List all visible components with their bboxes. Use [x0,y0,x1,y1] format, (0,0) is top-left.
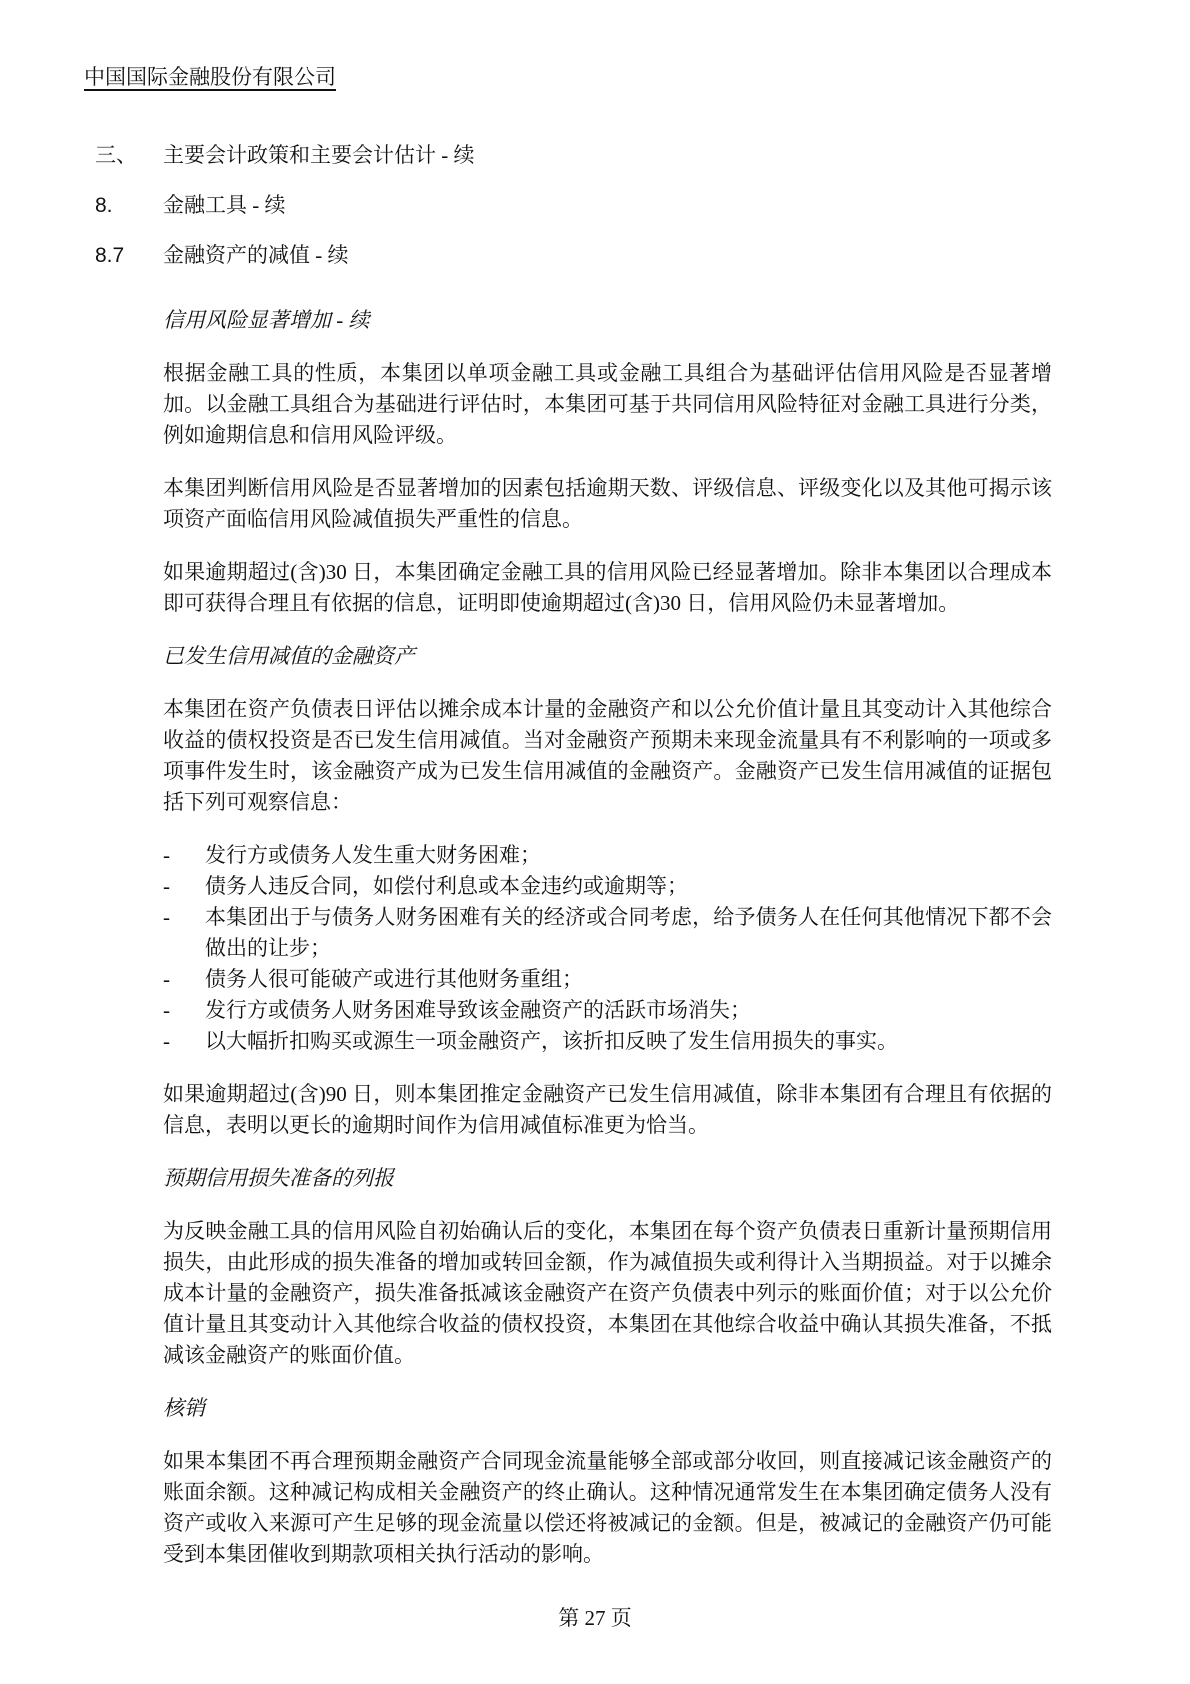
paragraph-overdue-30-days: 如果逾期超过(含)30 日，本集团确定金融工具的信用风险已经显著增加。除非本集团… [163,557,1052,619]
paragraph-ecl-remeasurement: 为反映金融工具的信用风险自初始确认后的变化，本集团在每个资产负债表日重新计量预期… [163,1216,1052,1371]
paragraph-impairment-evidence-intro: 本集团在资产负债表日评估以摊余成本计量的金融资产和以公允价值计量且其变动计入其他… [163,694,1052,818]
section-heading: 三、 主要会计政策和主要会计估计 - 续 [95,140,1085,171]
subitem-number: 8.7 [95,240,163,271]
bullet-dash: - [163,964,205,995]
bullet-item: - 本集团出于与债务人财务困难有关的经济或合同考虑，给予债务人在任何其他情况下都… [163,902,1052,964]
section-title: 主要会计政策和主要会计估计 - 续 [163,140,1085,171]
bullet-text: 以大幅折扣购买或源生一项金融资产，该折扣反映了发生信用损失的事实。 [205,1026,1052,1057]
bullet-item: - 债务人违反合同，如偿付利息或本金违约或逾期等； [163,871,1052,902]
subheading-credit-impaired-assets: 已发生信用减值的金融资产 [163,641,1052,672]
heading-block: 三、 主要会计政策和主要会计估计 - 续 8. 金融工具 - 续 8.7 金融资… [95,140,1085,271]
bullet-item: - 债务人很可能破产或进行其他财务重组； [163,964,1052,995]
bullet-text: 债务人很可能破产或进行其他财务重组； [205,964,1052,995]
item-number: 8. [95,190,163,221]
paragraph-write-off: 如果本集团不再合理预期金融资产合同现金流量能够全部或部分收回，则直接减记该金融资… [163,1446,1052,1570]
bullet-text: 发行方或债务人发生重大财务困难； [205,840,1052,871]
bullet-item: - 发行方或债务人发生重大财务困难； [163,840,1052,871]
item-title: 金融工具 - 续 [163,190,1085,221]
subheading-ecl-presentation: 预期信用损失准备的列报 [163,1163,1052,1194]
bullet-dash: - [163,871,205,902]
bullet-list: - 发行方或债务人发生重大财务困难； - 债务人违反合同，如偿付利息或本金违约或… [163,840,1052,1057]
bullet-text: 本集团出于与债务人财务困难有关的经济或合同考虑，给予债务人在任何其他情况下都不会… [205,902,1052,964]
bullet-dash: - [163,995,205,1026]
subitem-title: 金融资产的减值 - 续 [163,240,1085,271]
bullet-text: 债务人违反合同，如偿付利息或本金违约或逾期等； [205,871,1052,902]
bullet-dash: - [163,1026,205,1057]
paragraph-judgement-factors: 本集团判断信用风险是否显著增加的因素包括逾期天数、评级信息、评级变化以及其他可揭… [163,473,1052,535]
company-name: 中国国际金融股份有限公司 [84,62,336,93]
paragraph-assessment-basis: 根据金融工具的性质，本集团以单项金融工具或金融工具组合为基础评估信用风险是否显著… [163,358,1052,451]
subheading-write-off: 核销 [163,1393,1052,1424]
document-page: 中国国际金融股份有限公司 三、 主要会计政策和主要会计估计 - 续 8. 金融工… [0,0,1190,1684]
subitem-heading: 8.7 金融资产的减值 - 续 [95,240,1085,271]
bullet-dash: - [163,902,205,933]
bullet-item: - 发行方或债务人财务困难导致该金融资产的活跃市场消失； [163,995,1052,1026]
item-heading: 8. 金融工具 - 续 [95,190,1085,221]
paragraph-overdue-90-days: 如果逾期超过(含)90 日，则本集团推定金融资产已发生信用减值，除非本集团有合理… [163,1079,1052,1141]
bullet-item: - 以大幅折扣购买或源生一项金融资产，该折扣反映了发生信用损失的事实。 [163,1026,1052,1057]
subheading-credit-risk-increase: 信用风险显著增加 - 续 [163,305,1052,336]
section-number: 三、 [95,140,163,171]
page-footer: 第 27 页 [0,1603,1190,1634]
bullet-text: 发行方或债务人财务困难导致该金融资产的活跃市场消失； [205,995,1052,1026]
document-body: 信用风险显著增加 - 续 根据金融工具的性质，本集团以单项金融工具或金融工具组合… [163,305,1052,1592]
bullet-dash: - [163,840,205,871]
